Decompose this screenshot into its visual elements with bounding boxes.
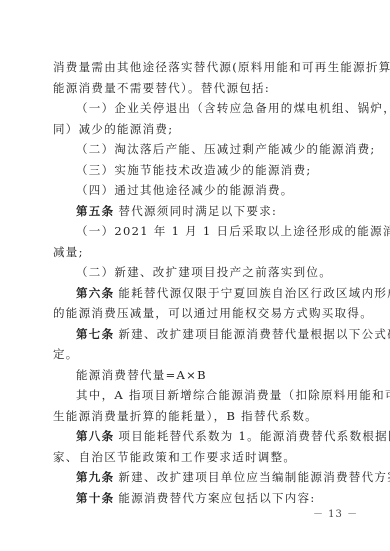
article-number: 第六条	[76, 286, 114, 300]
line-text: 新建、改扩建项目能源消费替代量根据以下公式确	[118, 327, 390, 341]
article-number: 第七条	[76, 327, 114, 341]
article-number: 第八条	[76, 429, 114, 443]
line-text: （二）新建、改扩建项目投产之前落实到位。	[76, 265, 332, 279]
article-5: 第五条替代源须同时满足以下要求:	[53, 201, 341, 222]
article-10: 第十条能源消费替代方案应包括以下内容:	[53, 488, 341, 509]
text-line: 生能源消费量折算的能耗量），B 指替代系数。	[53, 406, 341, 427]
list-item-1: （一）企业关停退出（含转应急备用的煤电机组、锅炉，下	[53, 98, 341, 119]
line-text: 的能源消费压减量，可以通过用能权交易方式购买取得。	[53, 306, 373, 320]
formula: 能源消费替代量=A×B	[53, 365, 341, 386]
line-text: 项目能耗替代系数为 1。能源消费替代系数根据国	[118, 429, 390, 443]
list-item-3: （三）实施节能技术改造减少的能源消费;	[53, 160, 341, 181]
line-text: （一）企业关停退出（含转应急备用的煤电机组、锅炉，下	[76, 101, 390, 115]
line-text: 生能源消费量折算的能耗量），B 指替代系数。	[53, 409, 318, 423]
document-page: 消费量需由其他途径落实替代源(原料用能和可再生能源折算的 能源消费量不需要替代）…	[0, 0, 390, 551]
article-7: 第七条新建、改扩建项目能源消费替代量根据以下公式确	[53, 324, 341, 345]
line-text: 消费量需由其他途径落实替代源(原料用能和可再生能源折算的	[53, 60, 390, 74]
line-text: 家、自治区节能政策和工作要求适时调整。	[53, 450, 296, 464]
formula-text: 能源消费替代量=A×B	[76, 368, 207, 382]
document-body: 消费量需由其他途径落实替代源(原料用能和可再生能源折算的 能源消费量不需要替代）…	[53, 57, 341, 508]
text-line: 同）减少的能源消费;	[53, 119, 341, 140]
page-number: － 13 －	[313, 505, 358, 520]
text-line: 消费量需由其他途径落实替代源(原料用能和可再生能源折算的	[53, 57, 341, 78]
line-text: 减量;	[53, 245, 84, 259]
line-text: （四）通过其他途径减少的能源消费。	[76, 183, 294, 197]
line-text: 同）减少的能源消费;	[53, 122, 173, 136]
article-6: 第六条能耗替代源仅限于宁夏回族自治区行政区域内形成	[53, 283, 341, 304]
text-line: 能源消费量不需要替代）。替代源包括:	[53, 78, 341, 99]
text-line: 减量;	[53, 242, 341, 263]
requirement-2: （二）新建、改扩建项目投产之前落实到位。	[53, 262, 341, 283]
text-line: 定。	[53, 344, 341, 365]
line-text: 能源消费量不需要替代）。替代源包括:	[53, 81, 270, 95]
formula-explanation: 其中，A 指项目新增综合能源消费量（扣除原料用能和可再	[53, 385, 341, 406]
article-number: 第五条	[76, 204, 114, 218]
line-text: 替代源须同时满足以下要求:	[118, 204, 277, 218]
line-text: 其中，A 指项目新增综合能源消费量（扣除原料用能和可再	[76, 388, 390, 402]
requirement-1: （一）2021 年 1 月 1 日后采取以上途径形成的能源消费压	[53, 221, 341, 242]
line-text: 定。	[53, 347, 79, 361]
article-number: 第九条	[76, 470, 114, 484]
article-number: 第十条	[76, 491, 114, 505]
list-item-2: （二）淘汰落后产能、压减过剩产能减少的能源消费;	[53, 139, 341, 160]
line-text: 能源消费替代方案应包括以下内容:	[118, 491, 315, 505]
line-text: （一）2021 年 1 月 1 日后采取以上途径形成的能源消费压	[76, 224, 390, 238]
article-9: 第九条新建、改扩建项目单位应当编制能源消费替代方案。	[53, 467, 341, 488]
text-line: 的能源消费压减量，可以通过用能权交易方式购买取得。	[53, 303, 341, 324]
text-line: 家、自治区节能政策和工作要求适时调整。	[53, 447, 341, 468]
line-text: （二）淘汰落后产能、压减过剩产能减少的能源消费;	[76, 142, 376, 156]
line-text: （三）实施节能技术改造减少的能源消费;	[76, 163, 312, 177]
line-text: 新建、改扩建项目单位应当编制能源消费替代方案。	[118, 470, 390, 484]
line-text: 能耗替代源仅限于宁夏回族自治区行政区域内形成	[118, 286, 390, 300]
article-8: 第八条项目能耗替代系数为 1。能源消费替代系数根据国	[53, 426, 341, 447]
list-item-4: （四）通过其他途径减少的能源消费。	[53, 180, 341, 201]
